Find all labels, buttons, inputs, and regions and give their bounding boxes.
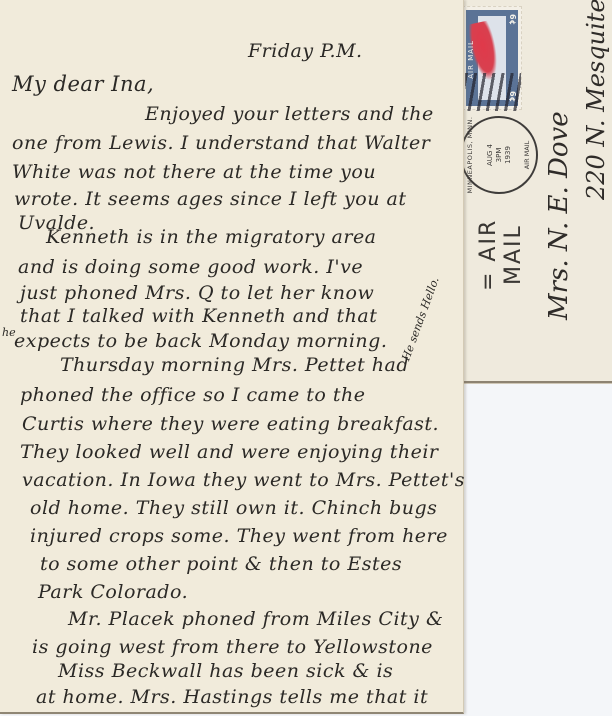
letter-line: Curtis where they were eating breakfast. [22, 413, 439, 435]
envelope: AIR MAIL 6¢ 6¢ MINNEAPOLIS, MINN. AUG 4 … [440, 0, 612, 383]
document-scene: AIR MAIL 6¢ 6¢ MINNEAPOLIS, MINN. AUG 4 … [0, 0, 612, 716]
letter-line: They looked well and were enjoying their [20, 441, 439, 463]
addressee-name: Mrs. N. E. Dove [544, 60, 584, 320]
airmail-stamp: AIR MAIL 6¢ 6¢ [462, 6, 522, 110]
letter-line: old home. They still own it. Chinch bugs [30, 497, 437, 519]
stamp-value-top: 6¢ [508, 14, 517, 25]
postmark-service: AIR MAIL [523, 141, 531, 170]
postmark-date: AUG 4 [486, 118, 495, 192]
letter-line: expects to be back Monday morning. [14, 330, 387, 352]
letter-line: and is doing some good work. I've [18, 256, 363, 278]
letter-line: is going west from there to Yellowstone [32, 636, 433, 658]
letter-line: Miss Beckwall has been sick & is [58, 660, 393, 682]
postmark: MINNEAPOLIS, MINN. AUG 4 3PM 1939 AIR MA… [460, 116, 538, 194]
letter-line: wrote. It seems ages since I left you at [14, 188, 406, 210]
airmail-handwritten-note: = AIR MAIL [476, 190, 506, 320]
postmark-year: 1939 [504, 118, 513, 192]
addressee-street: 220 N. Mesquite St. [582, 0, 612, 200]
letter-line: at home. Mrs. Hastings tells me that it [36, 686, 428, 708]
letter-line: vacation. In Iowa they went to Mrs. Pett… [22, 469, 465, 491]
letter-line: Mr. Placek phoned from Miles City & [68, 608, 443, 630]
letter-line: White was not there at the time you [12, 161, 376, 183]
margin-note: He sends Hello. [399, 275, 442, 363]
letter-line: injured crops some. They went from here [30, 525, 448, 547]
letter-dateline: Friday P.M. [248, 40, 363, 62]
letter-line: one from Lewis. I understand that Walter [12, 132, 430, 154]
letter-line: Park Colorado. [38, 581, 188, 603]
letter-line: Enjoyed your letters and the [145, 103, 434, 125]
letter-line: Kenneth is in the migratory area [46, 226, 377, 248]
letter-line: to some other point & then to Estes [40, 553, 402, 575]
letter-salutation: My dear Ina, [12, 72, 154, 96]
handwritten-letter: Friday P.M. My dear Ina, Enjoyed your le… [0, 0, 464, 714]
cancellation-bars [465, 73, 521, 111]
letter-line: Thursday morning Mrs. Pettet had [60, 354, 409, 376]
postmark-time: 3PM [495, 118, 504, 192]
letter-line: that I talked with Kenneth and that [20, 305, 377, 327]
letter-line: just phoned Mrs. Q to let her know [20, 282, 374, 304]
letter-line: phoned the office so I came to the [20, 384, 365, 406]
postmark-date-block: AUG 4 3PM 1939 [486, 118, 513, 192]
postmark-city: MINNEAPOLIS, MINN. [466, 117, 474, 194]
